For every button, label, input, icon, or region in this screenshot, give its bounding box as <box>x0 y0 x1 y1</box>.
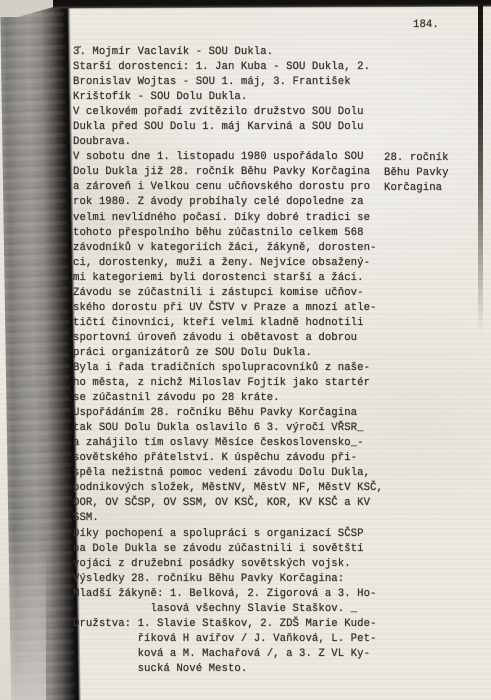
scanned-document-page: 184. 3̌. Mojmír Vaclavík - SOU Dukla. St… <box>0 0 491 700</box>
book-binding-shadow <box>0 0 81 700</box>
typed-body-text: 3̌. Mojmír Vaclavík - SOU Dukla. Starší … <box>73 45 383 677</box>
page-number: 184. <box>413 18 439 33</box>
margin-note: 28. ročník Běhu Pavky Korčagina <box>384 151 449 196</box>
scan-top-edge <box>53 0 491 9</box>
scan-right-edge <box>478 4 483 334</box>
